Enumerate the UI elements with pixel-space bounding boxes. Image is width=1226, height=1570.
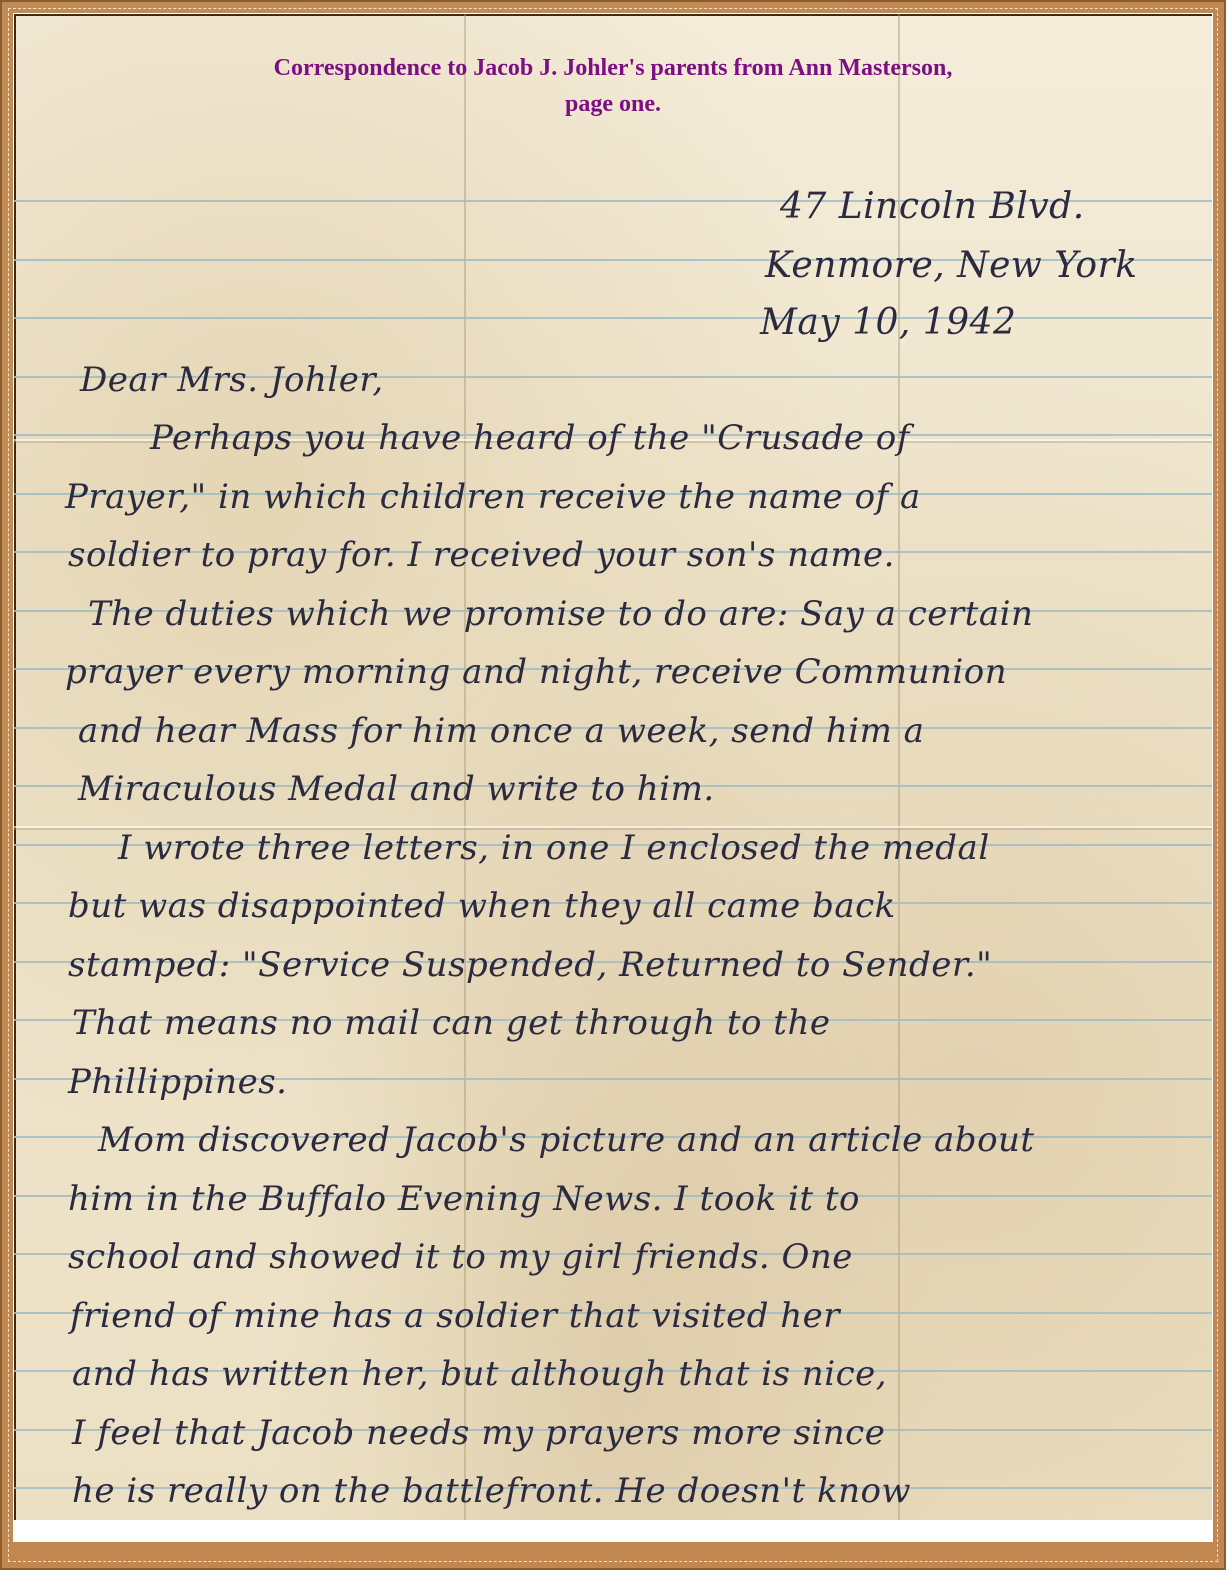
letter-line: and hear Mass for him once a week, send …: [78, 711, 924, 751]
letter-line: Perhaps you have heard of the "Crusade o…: [150, 418, 910, 458]
letter-line: soldier to pray for. I received your son…: [68, 535, 895, 575]
salutation: Dear Mrs. Johler,: [80, 360, 384, 400]
letter-line: stamped: "Service Suspended, Returned to…: [68, 945, 992, 985]
address-street: 47 Lincoln Blvd.: [780, 186, 1085, 227]
letter-line: Phillippines.: [68, 1062, 287, 1102]
letter-line: I feel that Jacob needs my prayers more …: [72, 1413, 885, 1453]
letter-date: May 10, 1942: [760, 302, 1016, 343]
paper-edge: [14, 1520, 1212, 1542]
address-city: Kenmore, New York: [765, 245, 1138, 286]
letter-line: friend of mine has a soldier that visite…: [70, 1296, 840, 1336]
letter-line: school and showed it to my girl friends.…: [68, 1237, 853, 1277]
letter-line: Prayer," in which children receive the n…: [65, 477, 921, 517]
document-caption: Correspondence to Jacob J. Johler's pare…: [0, 50, 1226, 122]
letter-line: That means no mail can get through to th…: [72, 1003, 831, 1043]
letter-line: he is really on the battlefront. He does…: [72, 1471, 911, 1511]
ruled-line: [14, 317, 1212, 319]
letter-line: I wrote three letters, in one I enclosed…: [118, 828, 990, 868]
letter-line: but was disappointed when they all came …: [68, 886, 896, 926]
letter-line: Miraculous Medal and write to him.: [78, 769, 715, 809]
caption-line-2: page one.: [0, 86, 1226, 122]
letter-line: and has written her, but although that i…: [72, 1354, 887, 1394]
letter-line: Mom discovered Jacob's picture and an ar…: [98, 1120, 1035, 1160]
caption-line-1: Correspondence to Jacob J. Johler's pare…: [0, 50, 1226, 86]
letter-line: him in the Buffalo Evening News. I took …: [68, 1179, 860, 1219]
letter-line: prayer every morning and night, receive …: [65, 652, 1007, 692]
letter-line: The duties which we promise to do are: S…: [88, 594, 1033, 634]
